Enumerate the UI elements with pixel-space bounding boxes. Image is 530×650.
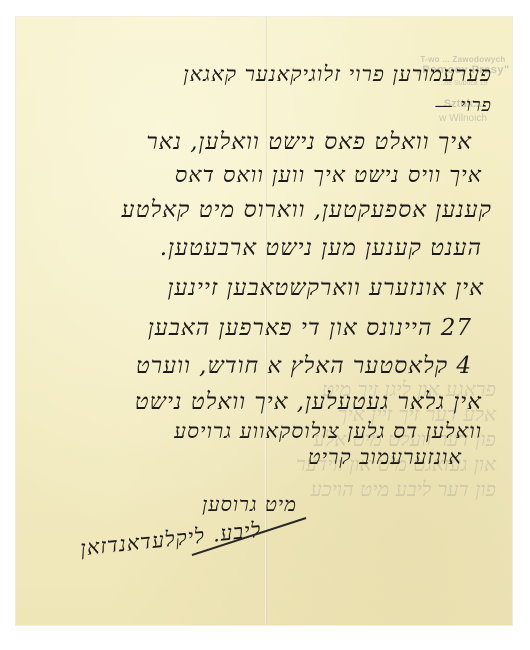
handwritten-body: פערעמורען פרוי זלוגיקאנער קאגאן פרוי — א… (16, 17, 512, 625)
letter-line: אונזערעמוב קריט (308, 445, 462, 470)
letter-paper: T-wo ... Zawodowych „Pomocy Prasy" ...ne… (16, 17, 512, 625)
letter-line: קענען אספעקטען, ווארוס מיט קאלטע (122, 197, 492, 223)
letter-line: וואלען דס גלען צולוסקאווע גרויסע (174, 419, 482, 444)
letter-line: אין אונזערע ווארקשטאבען זיינען (168, 275, 485, 301)
letter-line: איך וויס נישט איך ווען וואס דאס (175, 162, 482, 188)
letter-line: אין גלאר געטעלען, איך וואלט נישט (135, 389, 482, 415)
letter-line: איך וואלט פאס נישט וואלען, נאר (146, 129, 472, 155)
letter-line: פרוי — (435, 95, 492, 116)
letter-line: הענט קענען מען נישט ארבעטען. (160, 235, 482, 261)
letter-salutation: פערעמורען פרוי זלוגיקאנער קאגאן (183, 62, 492, 87)
letter-closing: מיט גרוסען (202, 492, 297, 517)
letter-line: 27 היינונס און די פארפען האבען (148, 315, 472, 341)
letter-line: 4 קלאסטער האלץ א חודש, ווערט (136, 353, 472, 379)
